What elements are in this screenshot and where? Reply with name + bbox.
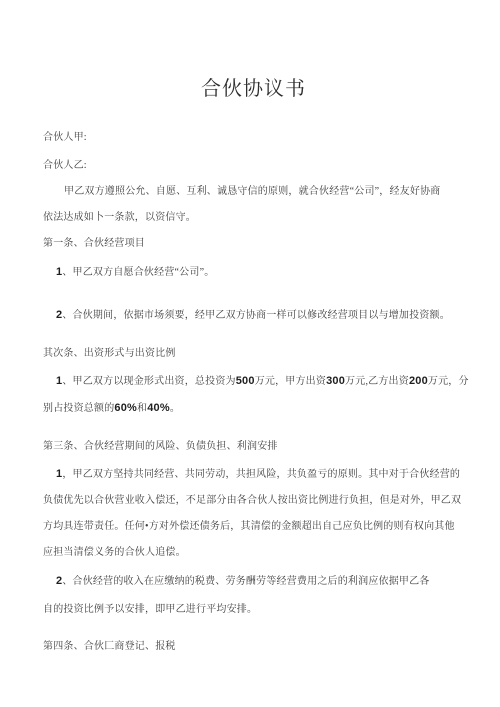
text-segment: 第一条、合伙经营项目 — [43, 238, 145, 249]
document-line: 1，甲乙双方坚持共同经营、共同劳动，共担风险，共负盈亏的原则。其中对于合伙经营的 — [43, 461, 464, 488]
numeric-segment: 200 — [409, 375, 428, 387]
text-segment: 甲乙双方遵照公允、自愿、互利、诚恳守信的原则，就合伙经营“公司”，经友好协商 — [64, 186, 440, 197]
text-segment: 合伙人乙: — [43, 160, 87, 171]
document-line: 1、甲乙双方自愿合伙经营“公司”。 — [43, 259, 464, 286]
text-segment: 应担当清偿义务的合伙人追偿。 — [43, 547, 186, 558]
text-segment: 万元,乙方出资 — [345, 376, 409, 387]
document-lines: 合伙人甲:合伙人乙:甲乙双方遵照公允、自愿、互利、诚恳守信的原则，就合伙经营“公… — [43, 125, 464, 660]
document-line: 合伙人乙: — [43, 153, 464, 179]
text-segment: 和 — [137, 403, 147, 414]
document-line: 依法达成如卜一条款，以资信守。 — [43, 205, 464, 231]
document-line: 负债优先以合伙营业收入偿还，不足部分由各合伙人按出资比例进行负担，但是对外，甲乙… — [43, 488, 464, 514]
document-line: 甲乙双方遵照公允、自愿、互利、诚恳守信的原则，就合伙经营“公司”，经友好协商 — [43, 179, 464, 205]
text-segment: 其次条、出资形式与出资比例 — [43, 348, 176, 359]
text-segment: 别占投资总额的 — [43, 403, 114, 414]
numeric-segment: 300 — [326, 375, 345, 387]
document-line: 应担当清偿义务的合伙人追偿。 — [43, 540, 464, 566]
document-line: 2、合伙经营的收入在应缴纳的税费、劳务酬劳等经营费用之后的利润应依据甲乙各 — [43, 568, 464, 595]
document-line: 1、甲乙双方以现金形式出资，总投资为500万元，甲方出资300万元,乙方出资20… — [43, 368, 464, 395]
text-segment: ，甲乙双方坚持共同经营、共同劳动，共担风险，共负盈亏的原则。其中对于合伙经营的 — [62, 469, 460, 480]
text-segment: 万元，甲方出资 — [255, 376, 326, 387]
document-line: 第一条、合伙经营项目 — [43, 231, 464, 257]
document-body: 合伙协议书 合伙人甲:合伙人乙:甲乙双方遵照公允、自愿、互利、诚恳守信的原则，就… — [0, 76, 500, 660]
document-line: 其次条、出资形式与出资比例 — [43, 341, 464, 367]
text-segment: 第四条、合伙匚商登记、报税 — [43, 641, 176, 652]
numeric-segment: 60% — [114, 402, 137, 414]
text-segment: 第三条、合伙经营期间的风险、负债负担、利润安排 — [43, 441, 278, 452]
document-line: 第三条、合伙经营期间的风险、负债负担、利润安排 — [43, 434, 464, 460]
text-segment: 万元，分 — [428, 376, 469, 387]
document-line: 2、合伙期间，依据市场须要，经甲乙双方协商一样可以修改经营项目以与增加投资额。 — [43, 302, 464, 329]
text-segment: 。 — [170, 403, 180, 414]
text-segment: 负债优先以合伙营业收入偿还，不足部分由各合伙人按出资比例进行负担，但是对外，甲乙… — [43, 495, 461, 506]
text-segment: 方均具连带责任。任何•方对外偿还债务后，其清偿的金额超出自己应负比例的则有权向其… — [43, 521, 455, 532]
document-page: 合伙协议书 合伙人甲:合伙人乙:甲乙双方遵照公允、自愿、互利、诚恳守信的原则，就… — [0, 0, 500, 707]
numeric-segment: 40% — [147, 402, 170, 414]
text-segment: 依法达成如卜一条款，以资信守。 — [43, 212, 196, 223]
text-segment: 、合伙期间，依据市场须要，经甲乙双方协商一样可以修改经营项目以与增加投资额。 — [62, 310, 450, 321]
text-segment: 、甲乙双方以现金形式出资，总投资为 — [62, 376, 235, 387]
document-line: 别占投资总额的60%和40%。 — [43, 395, 464, 422]
text-segment: 、合伙经营的收入在应缴纳的税费、劳务酬劳等经营费用之后的利润应依据甲乙各 — [62, 576, 429, 587]
text-segment: 、甲乙双方自愿合伙经营“公司”。 — [62, 267, 214, 278]
document-line: 合伙人甲: — [43, 125, 464, 151]
document-title: 合伙协议书 — [43, 76, 464, 102]
document-line: 自的投资比例予以安排，即甲乙进行平均安排。 — [43, 597, 464, 623]
document-line: 方均具连带责任。任何•方对外偿还债务后，其清偿的金额超出自己应负比例的则有权向其… — [43, 514, 464, 540]
text-segment: 合伙人甲: — [43, 132, 87, 143]
numeric-segment: 500 — [236, 375, 255, 387]
text-segment: 自的投资比例予以安排，即甲乙进行平均安排。 — [43, 604, 257, 615]
document-line: 第四条、合伙匚商登记、报税 — [43, 634, 464, 660]
